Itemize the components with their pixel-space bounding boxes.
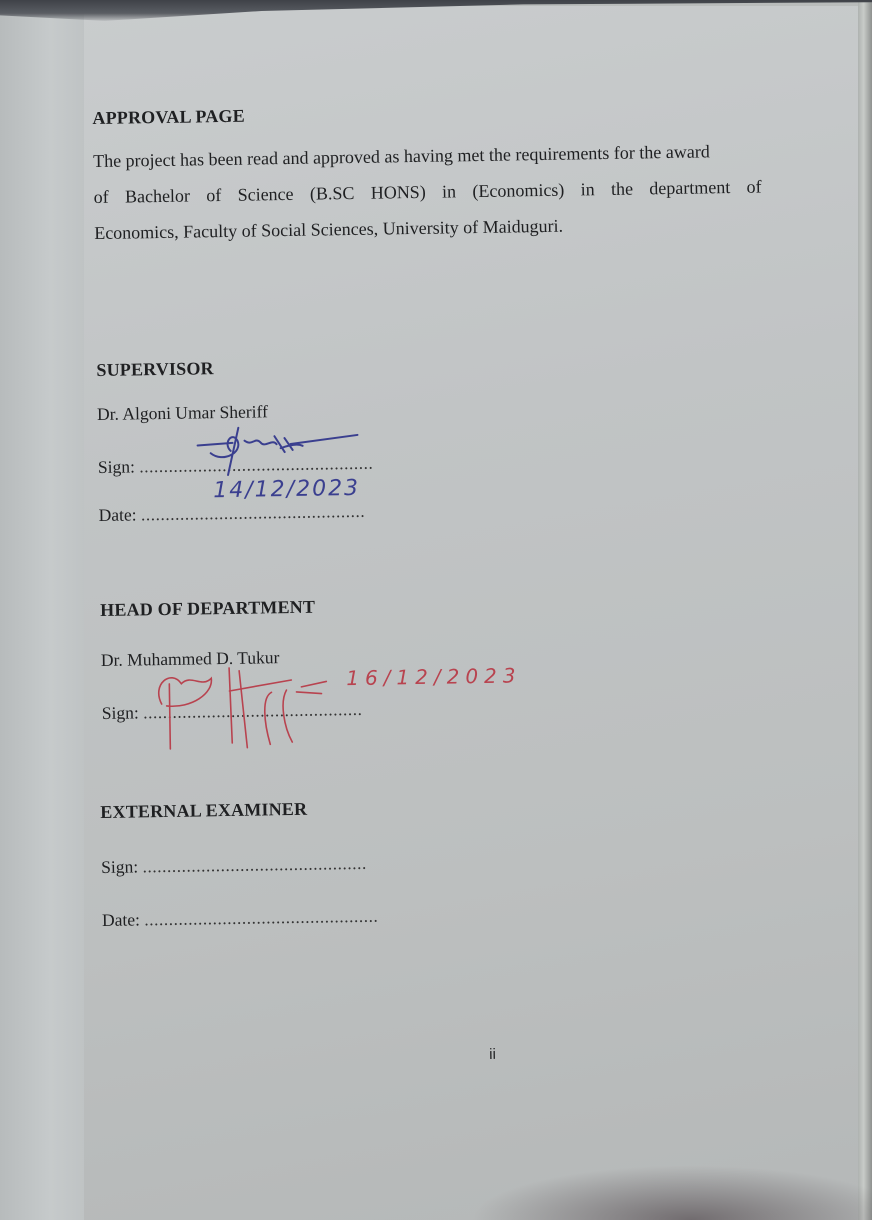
hod-heading: HEAD OF DEPARTMENT	[100, 597, 315, 621]
approval-paragraph: The project has been read and approved a…	[93, 133, 763, 251]
date-label: Date:	[99, 504, 137, 525]
sign-label: Sign:	[101, 856, 138, 877]
page-content: APPROVAL PAGE The project has been read …	[0, 0, 872, 1220]
supervisor-heading: SUPERVISOR	[96, 358, 214, 381]
supervisor-date-line: Date: ..................................…	[99, 501, 366, 526]
sign-label: Sign:	[98, 456, 135, 477]
page-title: APPROVAL PAGE	[92, 106, 245, 129]
hod-handwritten-date: 16/12/2023	[346, 663, 522, 690]
page-number: ii	[489, 1046, 496, 1063]
sign-dots: ........................................…	[142, 853, 367, 877]
date-dots: ........................................…	[141, 501, 366, 525]
external-sign-line: Sign: ..................................…	[101, 853, 367, 878]
supervisor-signature	[192, 421, 363, 479]
hod-signature	[151, 661, 352, 754]
external-examiner-heading: EXTERNAL EXAMINER	[100, 799, 307, 823]
external-date-line: Date: ..................................…	[102, 906, 379, 931]
date-dots: ........................................…	[144, 906, 378, 930]
date-label: Date:	[102, 909, 140, 930]
supervisor-name: Dr. Algoni Umar Sheriff	[97, 401, 268, 425]
supervisor-handwritten-date: 14/12/2023	[213, 476, 360, 503]
sign-label: Sign:	[102, 702, 139, 723]
